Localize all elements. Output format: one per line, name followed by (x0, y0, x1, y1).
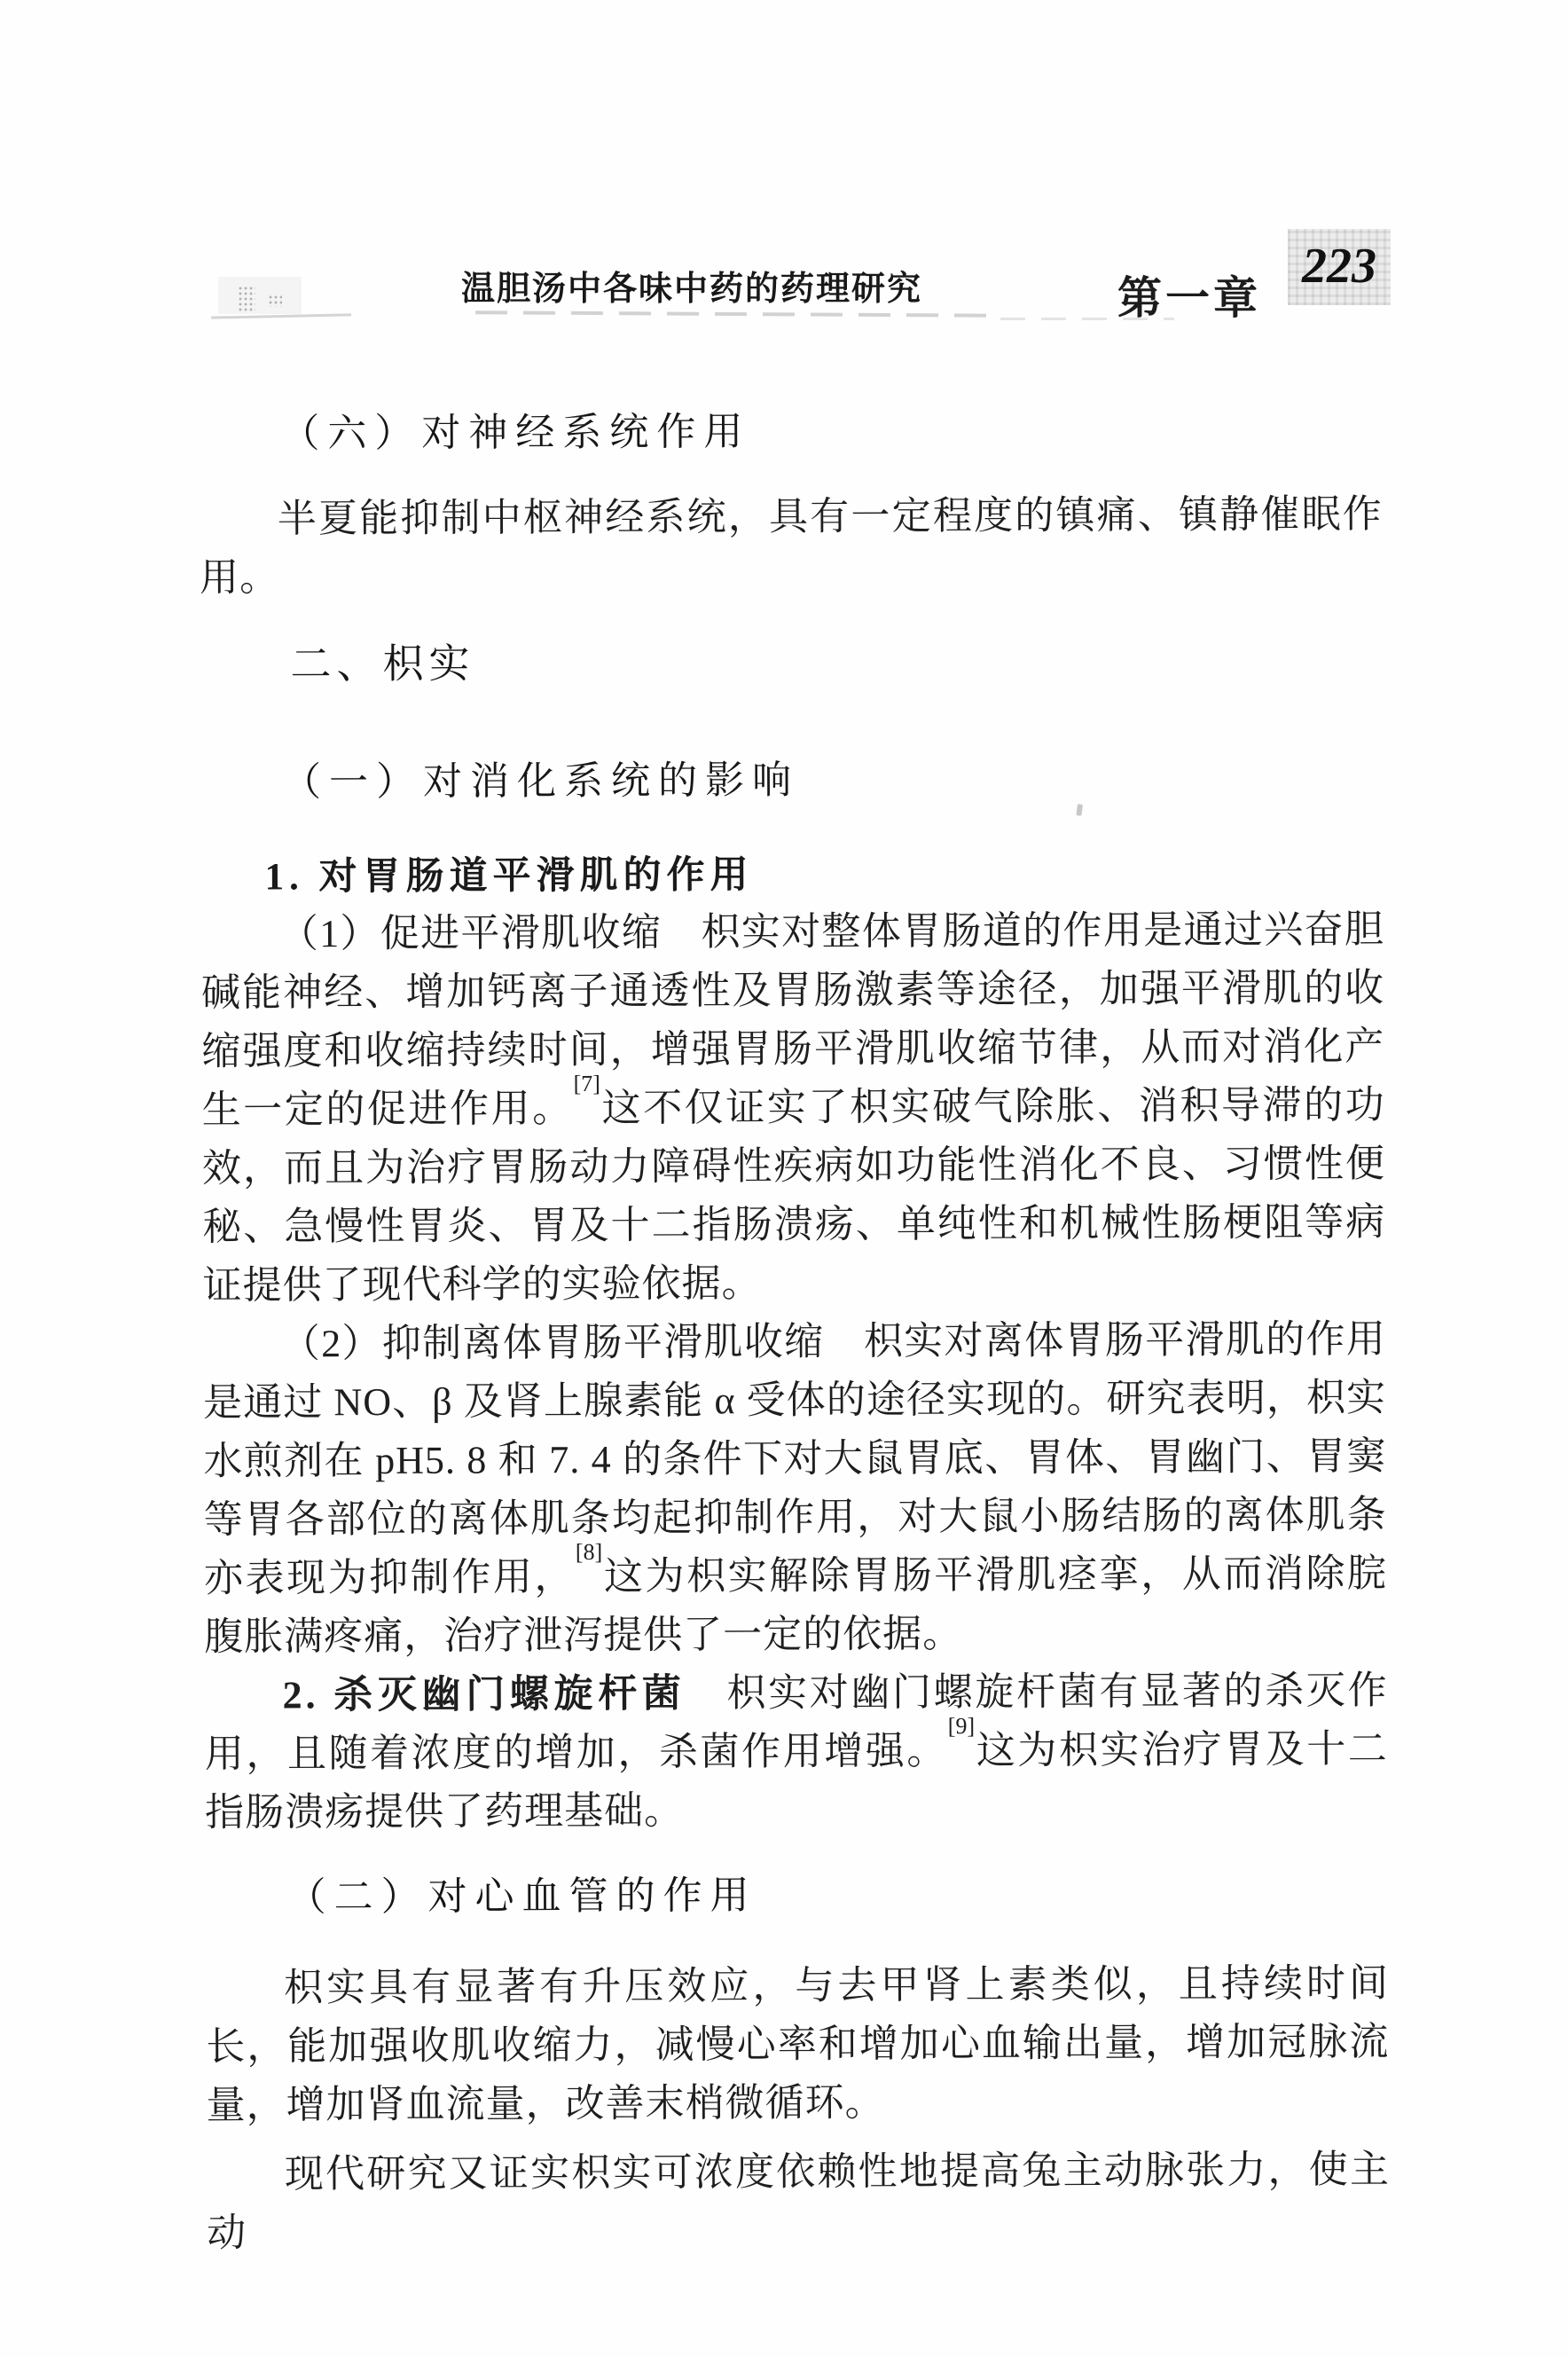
book-page: 温胆汤中各味中药的药理研究 第一章 223 （六）对神经系统作用 半夏能抑制中枢… (0, 0, 1568, 2357)
reference-9: [9] (948, 1713, 975, 1739)
heading-nervous-system: （六）对神经系统作用 (280, 399, 750, 458)
runin-heading-helicobacter: 2. 杀灭幽门螺旋杆菌 (282, 1671, 686, 1717)
heading-cardiovascular: （二）对心血管的作用 (286, 1863, 757, 1921)
page-content: （六）对神经系统作用 半夏能抑制中枢神经系统，具有一定程度的镇痛、镇静催眠作用。… (0, 0, 1568, 2357)
paragraph-aorta: 现代研究又证实枳实可浓度依赖性地提高兔主动脉张力，使主动 (207, 2141, 1391, 2263)
reference-7: [7] (574, 1071, 600, 1096)
runin-heading-inhibit: （2）抑制离体胃肠平滑肌收缩 (281, 1320, 825, 1366)
heading-zhishi: 二、枳实 (290, 632, 474, 691)
reference-8: [8] (576, 1539, 602, 1565)
paragraph-promote-contraction: （1）促进平滑肌收缩枳实对整体胃肠道的作用是通过兴奋胆碱能神经、增加钙离子通透性… (201, 900, 1386, 1316)
paragraph-pressor-effect: 枳实具有显著有升压效应，与去甲肾上素类似，且持续时间长，能加强收肌收缩力，减慢心… (206, 1954, 1390, 2135)
heading-digestive-system: （一）对消化系统的影响 (282, 748, 799, 807)
paragraph-helicobacter: 2. 杀灭幽门螺旋杆菌枳实对幽门螺旋杆菌有显著的杀灭作用，且随着浓度的增加，杀菌… (204, 1662, 1388, 1842)
heading-gi-smooth-muscle: 1. 对胃肠道平滑肌的作用 (264, 845, 753, 900)
paragraph-inhibit-contraction: （2）抑制离体胃肠平滑肌收缩枳实对离体胃肠平滑肌的作用是通过 NO、β 及肾上腺… (203, 1310, 1388, 1667)
scan-dot-artifact (1076, 804, 1083, 816)
paragraph-banxia: 半夏能抑制中枢神经系统，具有一定程度的镇痛、镇静催眠作用。 (200, 485, 1384, 608)
runin-heading-promote: （1）促进平滑肌收缩 (279, 911, 662, 956)
